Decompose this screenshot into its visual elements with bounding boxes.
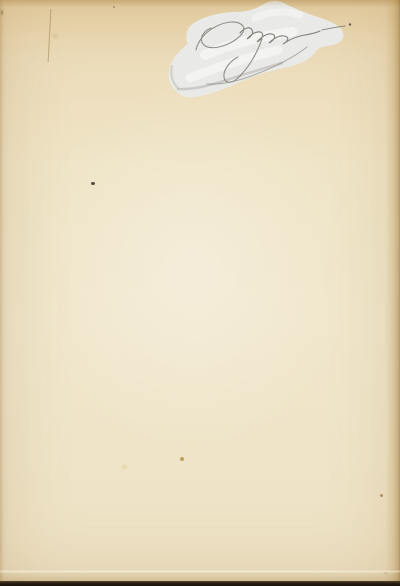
signature-dot: [349, 23, 351, 25]
signature-patch-art: [0, 0, 400, 130]
bottom-paper-edge: [0, 581, 400, 586]
stain-speck-bottom-right: [384, 572, 387, 574]
photo-back-card: [0, 0, 400, 586]
stain-foxing-spot-lower-center: [180, 457, 184, 461]
stain-dark-speck-left-middle: [91, 182, 95, 185]
stain-foxing-spot-lower-right: [380, 494, 383, 497]
bottom-light-streak: [0, 570, 400, 573]
stain-faint-spot-lower-left: [122, 465, 127, 469]
bottom-shading: [0, 572, 400, 582]
